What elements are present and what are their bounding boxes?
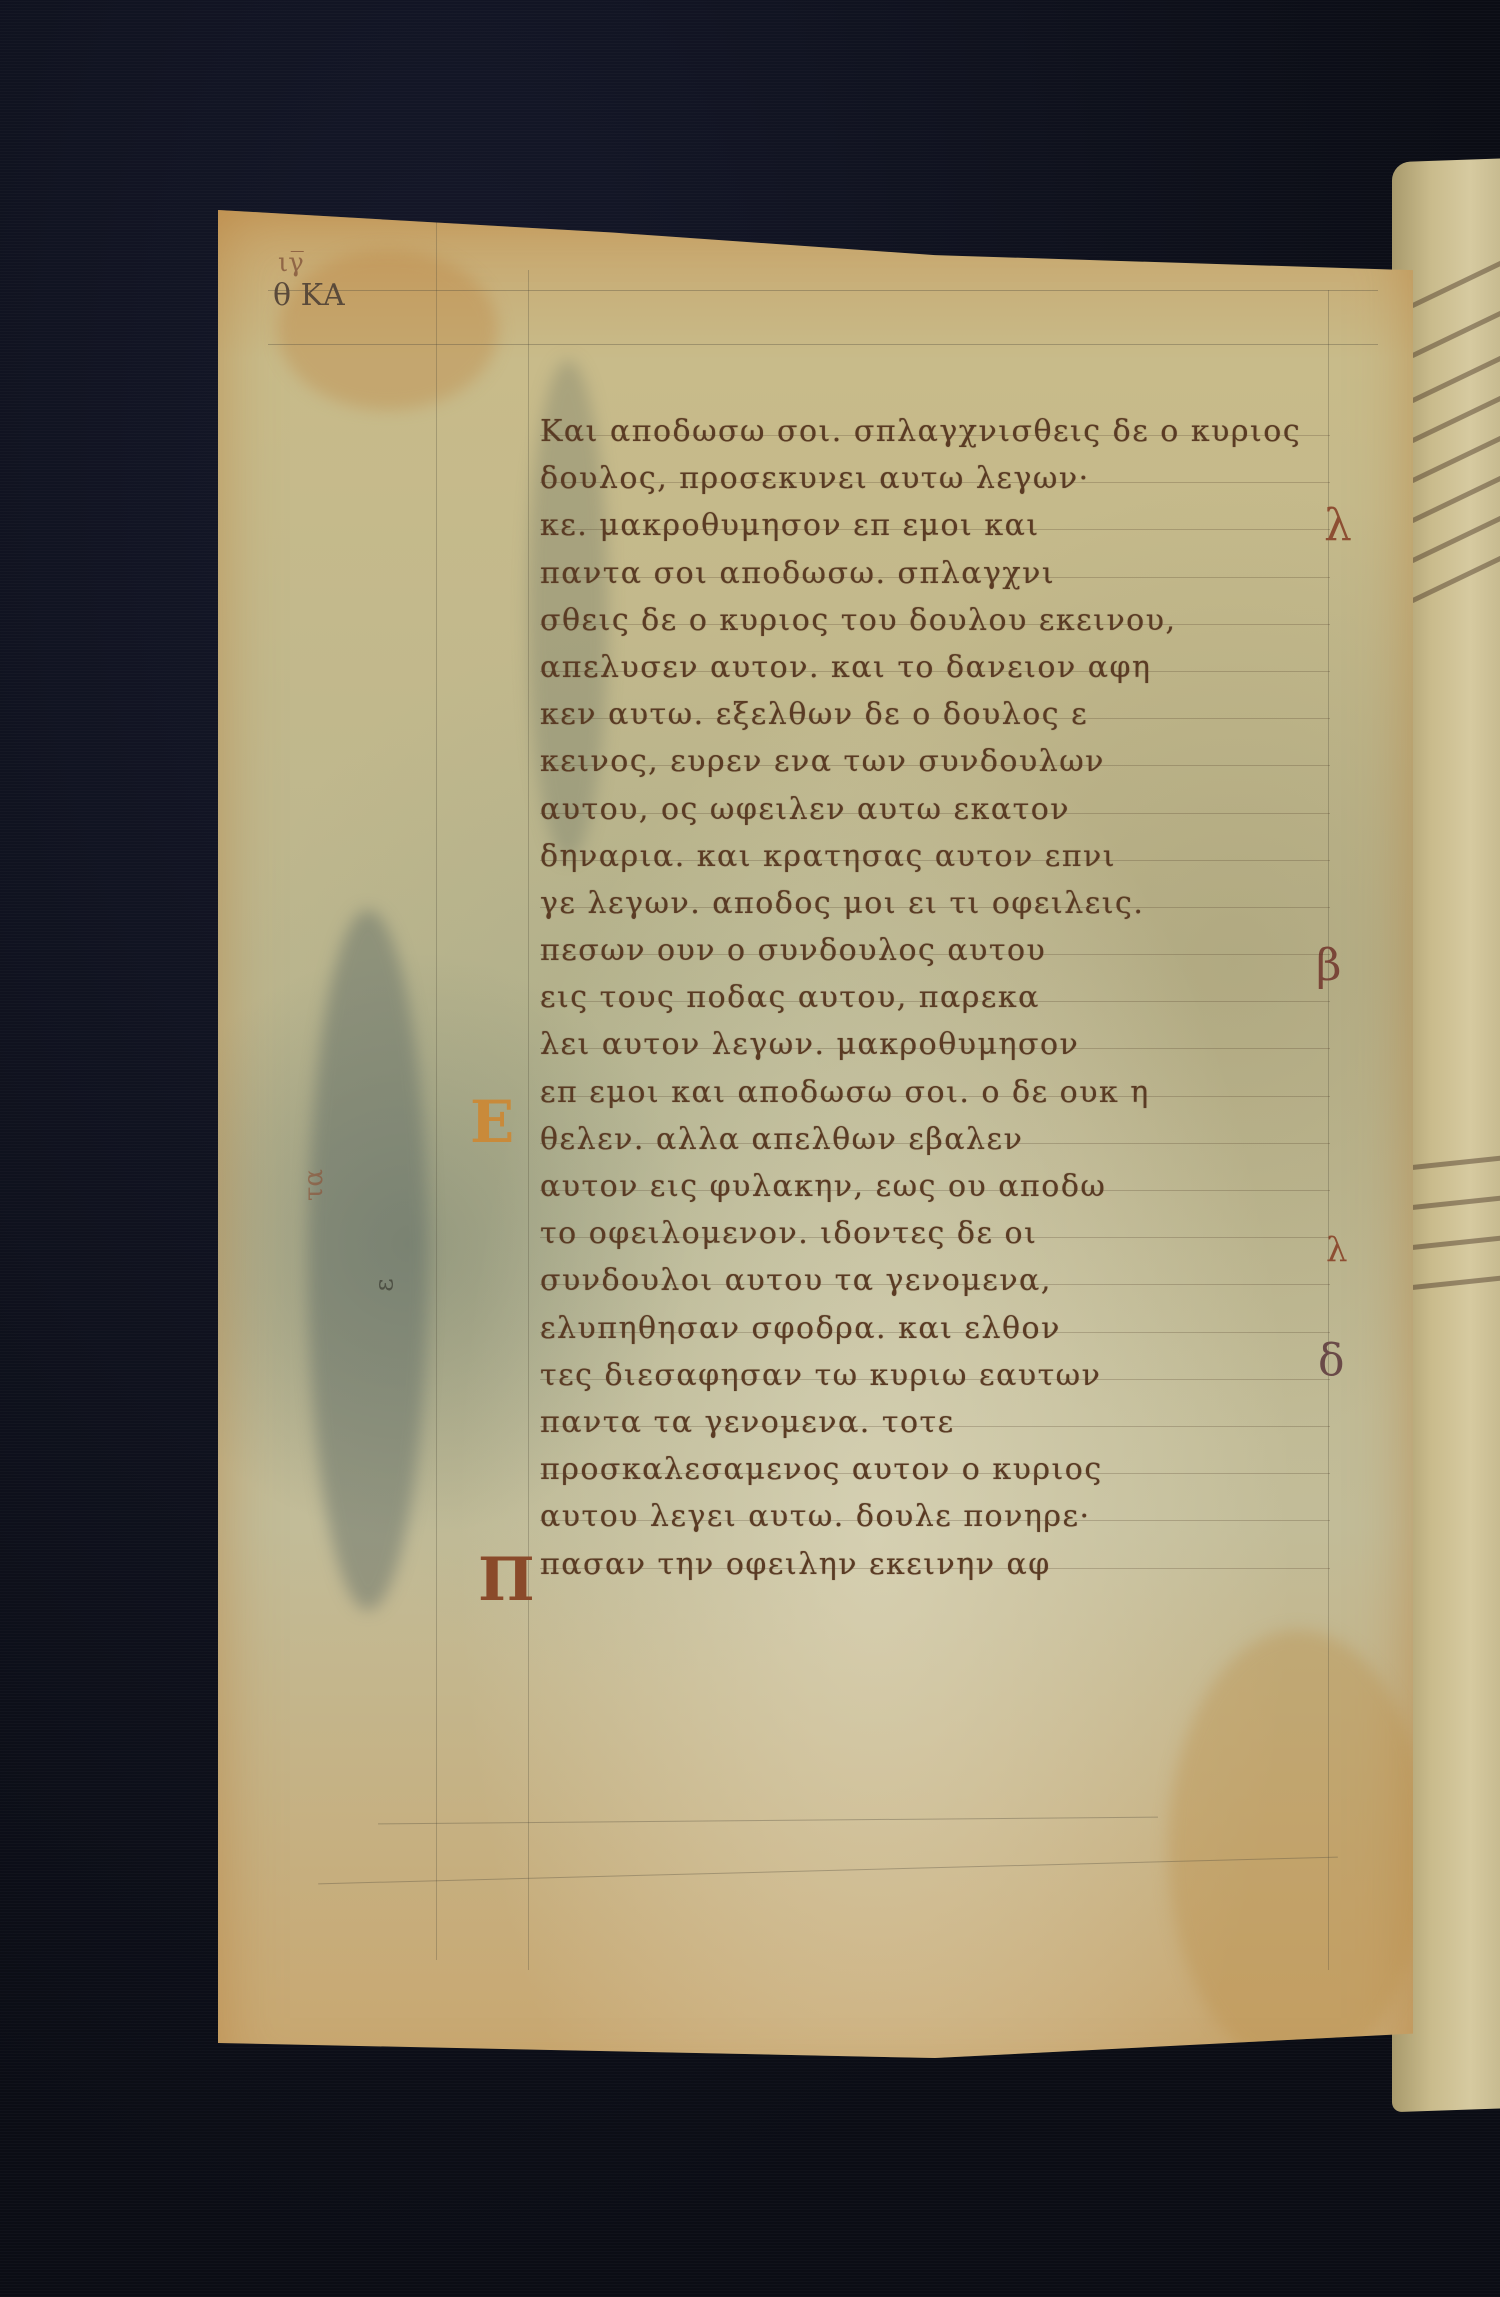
text-line: το οφειλομενον. ιδοντες δε οι [540, 1210, 1330, 1257]
text-line: παντα σοι αποδωσω. σπλαγχνι [540, 550, 1330, 597]
text-line: επ εμοι και αποδωσω σοι. ο δε ουκ η [540, 1069, 1330, 1116]
text-line: αυτου λεγει αυτω. δουλε πονηρε· [540, 1493, 1330, 1540]
text-line: πεσων ουν ο συνδουλος αυτου [540, 927, 1330, 974]
ruling-vertical [528, 270, 529, 1970]
text-line: σθεις δε ο κυριος του δουλου εκεινου, [540, 597, 1330, 644]
text-line: κεινος, ευρεν ενα των συνδουλων [540, 738, 1330, 785]
text-line: πασαν την οφειλην εκεινην αφ [540, 1541, 1330, 1588]
text-line: κεν αυτω. εξελθων δε ο δουλος ε [540, 691, 1330, 738]
folio-number: θ ΚΑ [273, 278, 345, 313]
foxing-stain [1168, 1630, 1428, 2070]
ruling-vertical [436, 210, 437, 1960]
text-line: αυτου, ος ωφειλεν αυτω εκατον [540, 786, 1330, 833]
manuscript-page: ιγ̅ θ ΚΑ τα ε Ε Π λ β λ δ Και αποδωσω σο… [218, 210, 1413, 2090]
text-column: Και αποδωσω σοι. σπλαγχνισθεις δε ο κυρι… [540, 408, 1330, 1588]
red-initial-pi: Π [478, 1545, 535, 1615]
foxing-stain [278, 250, 498, 410]
text-line: απελυσεν αυτον. και το δανειον αφη [540, 644, 1330, 691]
left-margin-note: ε [370, 1278, 400, 1291]
water-stain [308, 910, 428, 1610]
text-line: θελεν. αλλα απελθων εβαλεν [540, 1116, 1330, 1163]
text-line: δουλος, προσεκυνει αυτω λεγων· [540, 455, 1330, 502]
text-line: κε. μακροθυμησον επ εμοι και [540, 502, 1330, 549]
gold-initial-epsilon: Ε [470, 1088, 514, 1156]
ruling-horizontal [268, 344, 1378, 345]
left-margin-gloss: τα [299, 1169, 329, 1201]
text-line: δηναρια. και κρατησας αυτον επνι [540, 833, 1330, 880]
text-line: Και αποδωσω σοι. σπλαγχνισθεις δε ο κυρι… [540, 408, 1330, 455]
text-line: γε λεγων. αποδος μοι ει τι οφειλεις. [540, 880, 1330, 927]
top-margin-note: ιγ̅ [278, 248, 304, 278]
text-line: συνδουλοι αυτου τα γενομενα, [540, 1257, 1330, 1304]
text-line: ελυπηθησαν σφοδρα. και ελθον [540, 1305, 1330, 1352]
text-line: αυτον εις φυλακην, εως ου αποδω [540, 1163, 1330, 1210]
text-line: παντα τα γενομενα. τοτε [540, 1399, 1330, 1446]
ruling-horizontal [268, 290, 1378, 291]
ruling-horizontal [378, 1817, 1158, 1825]
text-line: τες διεσαφησαν τω κυριω εαυτων [540, 1352, 1330, 1399]
text-line: λει αυτον λεγων. μακροθυμησον [540, 1021, 1330, 1068]
text-line: προσκαλεσαμενος αυτον ο κυριος [540, 1446, 1330, 1493]
text-line: εις τους ποδας αυτου, παρεκα [540, 974, 1330, 1021]
